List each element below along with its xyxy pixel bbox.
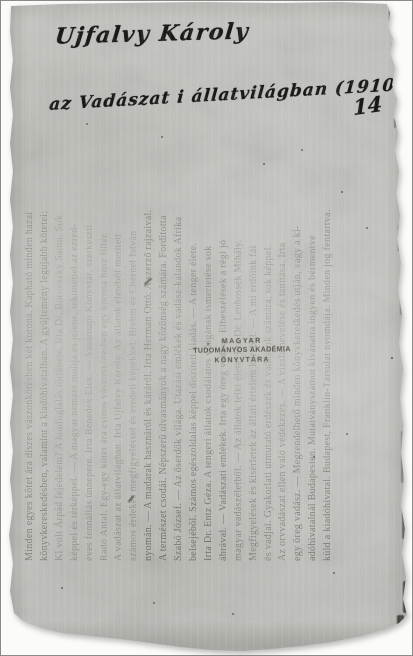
faded-print-line: A vadászat az állatvilágban. Irta Ujfalv… — [112, 149, 127, 561]
stamp-line-3: KÖNYVTÁRA — [169, 356, 315, 366]
faded-print-line: éves fennállás ünnepére. Irta Benedek El… — [83, 149, 98, 561]
faded-print-line: küld a kiadóhivatal. Budapest, Franklin-… — [321, 149, 336, 561]
torn-edge-mark — [400, 301, 402, 315]
faded-print-line: Az orvvadászat ellen való védekezés. — A… — [276, 149, 291, 561]
pen-tick-mark — [128, 495, 135, 502]
pen-tick-mark — [144, 278, 152, 286]
faded-print-line: Minden egyes kötet ára díszes vászonköté… — [23, 149, 38, 561]
faded-print-line: számos érdekes megfigyeléssel és eredeti… — [127, 149, 142, 561]
faded-print-line: egy öreg vadász. — Megrendelhető minden … — [291, 149, 306, 561]
faded-print-line: Megfigyelések és kisérletek az állati ér… — [247, 149, 262, 561]
left-edge-stain — [1, 1, 7, 25]
paper-shadow-wrap: Minden egyes kötet ára díszes vászonköté… — [1, 1, 412, 655]
torn-edge-mark — [389, 7, 391, 21]
faded-print-block: Minden egyes kötet ára díszes vászonköté… — [23, 149, 337, 561]
stamp-line-1: MAGYAR — [169, 337, 315, 347]
faded-print-line: Szabó József. — Az őserdők világa. Utazá… — [172, 149, 187, 561]
faded-print-line: és vadjai. Gyakorlati utmutató erdészek … — [262, 149, 277, 561]
torn-edge-mark — [398, 225, 400, 251]
library-stamp: MAGYAR TUDOMÁNYOS AKADÉMIA KÖNYVTÁRA — [169, 337, 315, 366]
scanned-page: Minden egyes kötet ára díszes vászonköté… — [0, 0, 413, 656]
torn-edge-mark — [401, 431, 403, 483]
faded-print-line: Ki volt Árpád fejedelem? A honfoglalás t… — [53, 149, 68, 561]
faded-print-line: Irta Dr. Entz Géza. A tengeri állatok cs… — [202, 149, 217, 561]
torn-edge-mark — [402, 503, 405, 539]
faded-print-line: belsejéből. Számos egészoldalas képpel d… — [187, 149, 202, 561]
handwritten-page-number: 14 — [353, 91, 383, 120]
paper-specks — [1, 1, 3, 3]
handwritten-owner-name: Ujfalvy Károly — [54, 18, 251, 49]
faded-print-line: Radó Antal. Egy-egy kötet ára csinos vás… — [98, 149, 113, 561]
torn-edge-mark — [397, 615, 404, 628]
faded-print-line: A természet csodái. Népszerü olvasmányok… — [157, 149, 172, 561]
handwritten-title-year: az Vadászat i állatvilágban (1910. — [48, 75, 403, 115]
torn-edge-mark — [396, 77, 399, 94]
faded-print-line: könyvkereskedésben, valamint a kiadóhiva… — [38, 149, 53, 561]
paper-grain-texture — [1, 1, 413, 656]
faded-print-line: képpel és térképpel. — A magyar nemzet m… — [68, 149, 83, 561]
torn-edge-mark — [394, 119, 396, 128]
paper-sheet: Minden egyes kötet ára díszes vászonköté… — [1, 1, 412, 655]
faded-print-line: magyar vadászéletből. — Az állatok lelki… — [232, 149, 247, 561]
faded-print-line: ábrával. — Vadászati emlékek. Irta egy ö… — [217, 149, 232, 561]
faded-print-line: adóhivatalnál Budapesten. Mutatványszámo… — [306, 149, 321, 561]
stamp-line-2: TUDOMÁNYOS AKADÉMIA — [169, 346, 315, 356]
torn-edge-mark — [392, 43, 394, 53]
torn-edge-mark — [403, 581, 407, 613]
faded-print-line: nyomán. — A madarak hasznáról és káráról… — [142, 149, 157, 561]
